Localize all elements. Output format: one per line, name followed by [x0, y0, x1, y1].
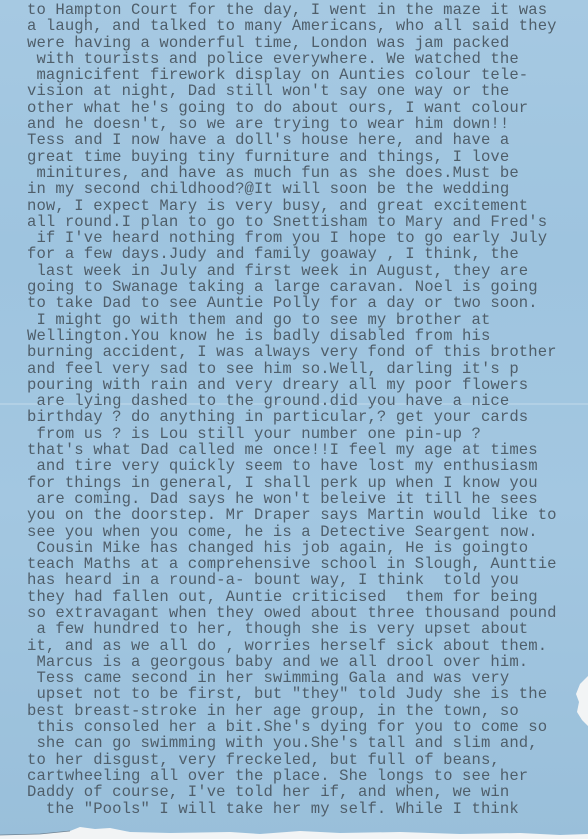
- letter-line: a few hundred to her, though she is very…: [27, 621, 587, 637]
- letter-line: Tess came second in her swimming Gala an…: [27, 670, 587, 686]
- letter-line: going to Swanage taking a large caravan.…: [27, 279, 587, 295]
- letter-line: Daddy of course, I've told her if, and w…: [27, 784, 587, 800]
- letter-page: to Hampton Court for the day, I went in …: [0, 0, 588, 839]
- letter-line: to take Dad to see Auntie Polly for a da…: [27, 295, 587, 311]
- letter-line: last week in July and first week in Augu…: [27, 263, 587, 279]
- letter-line: Tess and I now have a doll's house here,…: [27, 132, 587, 148]
- letter-line: upset not to be first, but "they" told J…: [27, 686, 587, 702]
- letter-line: if I've heard nothing from you I hope to…: [27, 230, 587, 246]
- letter-line: now, I expect Mary is very busy, and gre…: [27, 198, 587, 214]
- letter-line: I might go with them and go to see my br…: [27, 312, 587, 328]
- letter-line: and feel very sad to see him so.Well, da…: [27, 361, 587, 377]
- letter-line: that's what Dad called me once!!I feel m…: [27, 442, 587, 458]
- letter-line: in my second childhood?@It will soon be …: [27, 181, 587, 197]
- letter-line: has heard in a round-a- bount way, I thi…: [27, 572, 587, 588]
- letter-line: see you when you come, he is a Detective…: [27, 524, 587, 540]
- letter-line: for a few days.Judy and family goaway , …: [27, 246, 587, 262]
- letter-line: Marcus is a georgous baby and we all dro…: [27, 654, 587, 670]
- letter-line: this consoled her a bit.She's dying for …: [27, 719, 587, 735]
- letter-line: all round.I plan to go to Snettisham to …: [27, 214, 587, 230]
- letter-line: she can go swimming with you.She's tall …: [27, 735, 587, 751]
- letter-line: were having a wonderful time, London was…: [27, 35, 587, 51]
- letter-line: they had fallen out, Auntie criticised t…: [27, 589, 587, 605]
- letter-line: Cousin Mike has changed his job again, H…: [27, 540, 587, 556]
- letter-line: are lying dashed to the ground.did you h…: [27, 393, 587, 409]
- letter-line: other what he's going to do about ours, …: [27, 100, 587, 116]
- letter-line: and tire very quickly seem to have lost …: [27, 458, 587, 474]
- letter-line: so extravagant when they owed about thre…: [27, 605, 587, 621]
- letter-line: burning accident, I was always very fond…: [27, 344, 587, 360]
- letter-line: are coming. Dad says he won't beleive it…: [27, 491, 587, 507]
- torn-edge-bottom: [0, 825, 588, 839]
- letter-line: with tourists and police everywhere. We …: [27, 51, 587, 67]
- letter-line: to Hampton Court for the day, I went in …: [27, 2, 587, 18]
- letter-line: cartwheeling all over the place. She lon…: [27, 768, 587, 784]
- letter-line: a laugh, and talked to many Americans, w…: [27, 18, 587, 34]
- letter-line: Wellington.You know he is badly disabled…: [27, 328, 587, 344]
- letter-line: the "Pools" I will take her my self. Whi…: [27, 801, 587, 817]
- letter-body: to Hampton Court for the day, I went in …: [27, 2, 587, 817]
- letter-line: it, and as we all do , worries herself s…: [27, 638, 587, 654]
- letter-line: to her disgust, very freckeled, but full…: [27, 752, 587, 768]
- letter-line: great time buying tiny furniture and thi…: [27, 149, 587, 165]
- letter-line: teach Maths at a comprehensive school in…: [27, 556, 587, 572]
- letter-line: vision at night, Dad still won't say one…: [27, 83, 587, 99]
- letter-line: you on the doorstep. Mr Draper says Mart…: [27, 507, 587, 523]
- letter-line: for things in general, I shall perk up w…: [27, 475, 587, 491]
- letter-line: from us ? is Lou still your number one p…: [27, 426, 587, 442]
- letter-line: and he doesn't, so we are trying to wear…: [27, 116, 587, 132]
- torn-edge-right: [574, 676, 588, 726]
- letter-line: birthday ? do anything in particular,? g…: [27, 409, 587, 425]
- letter-line: pouring with rain and very dreary all my…: [27, 377, 587, 393]
- letter-line: magnicifent firework display on Aunties …: [27, 67, 587, 83]
- letter-line: minitures, and have as much fun as she d…: [27, 165, 587, 181]
- letter-line: best breast-stroke in her age group, in …: [27, 703, 587, 719]
